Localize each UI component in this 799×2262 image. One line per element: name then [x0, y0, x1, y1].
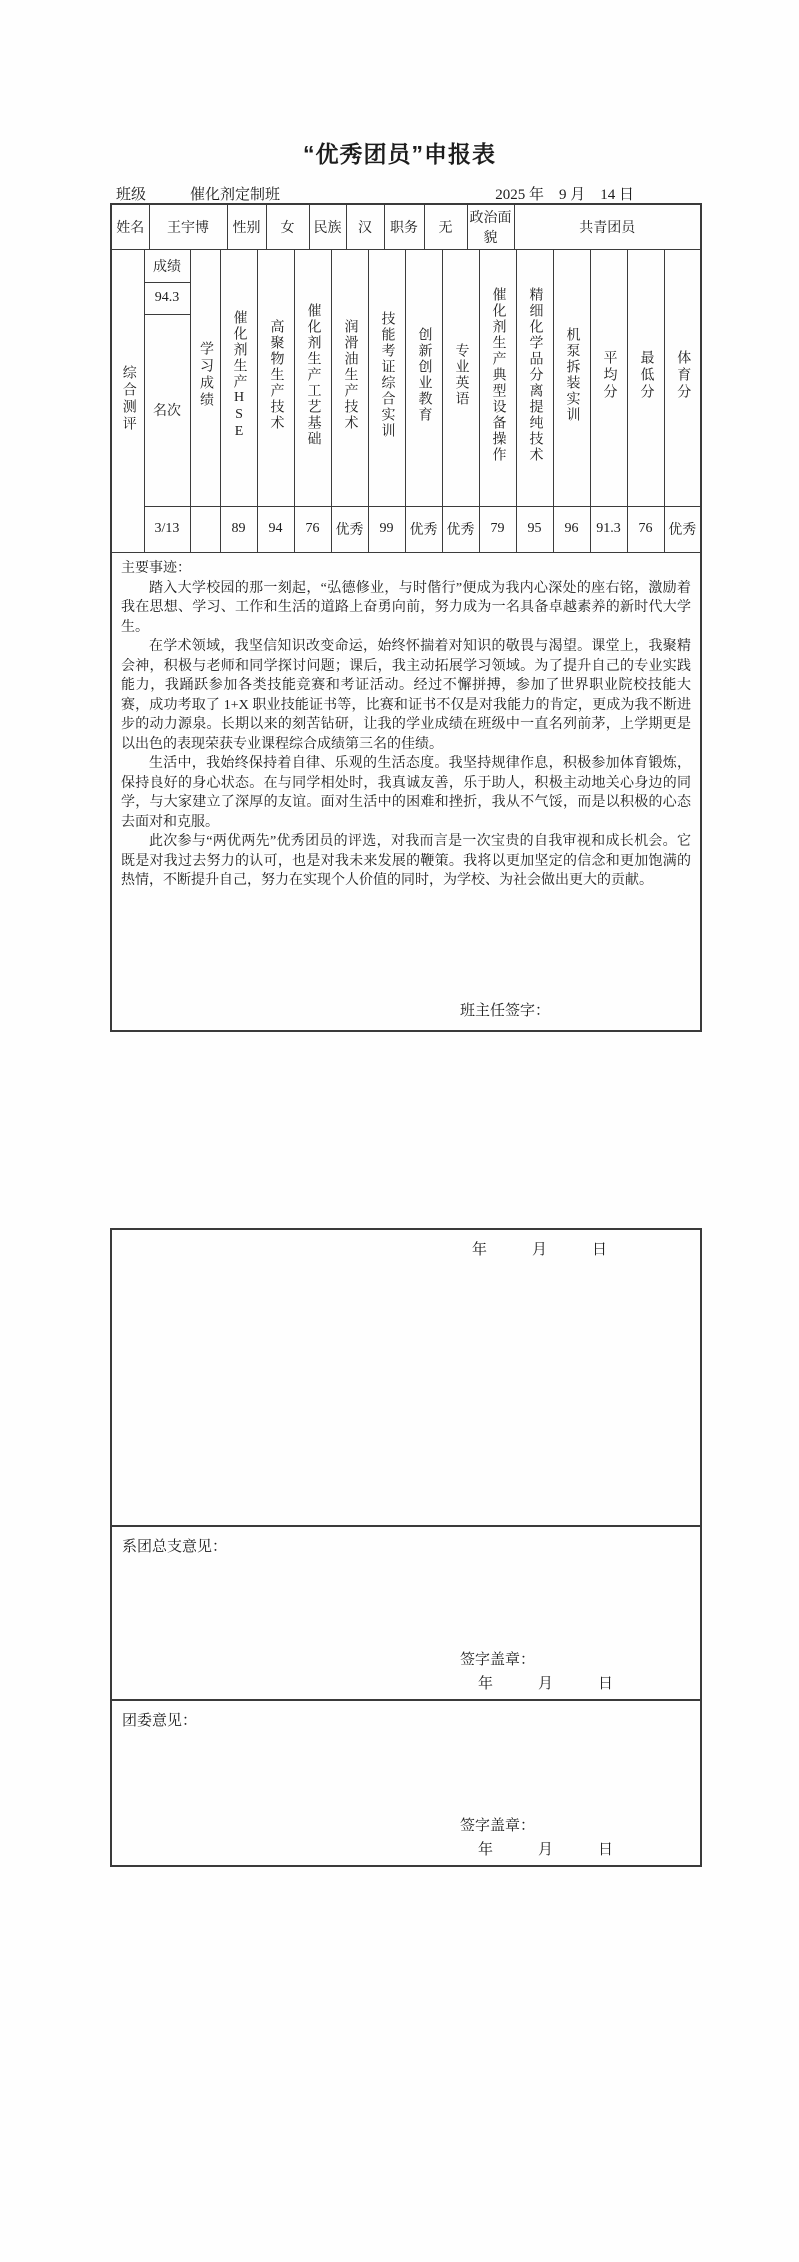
class-value: 催化剂定制班	[190, 183, 280, 204]
page-title: “优秀团员”申报表	[0, 136, 799, 169]
course-header: 专业英语	[442, 250, 479, 506]
rank-label: 名次	[144, 314, 190, 506]
study-score-empty-cell	[190, 506, 220, 552]
department-sign-block: 签字盖章： 年 月 日	[460, 1648, 613, 1693]
deeds-paragraph: 生活中，我始终保持着自律、乐观的生活态度。我坚持规律作息，积极参加体育锻炼，保持…	[121, 754, 691, 832]
sign-stamp-label: 签字盖章：	[460, 1814, 613, 1835]
course-score: 99	[368, 506, 405, 552]
rank-value: 3/13	[144, 506, 190, 552]
class-label: 班级	[110, 183, 146, 204]
course-header: 创新创业教育	[405, 250, 442, 506]
course-header: 催化剂生产工艺基础	[294, 250, 331, 506]
political-status-label: 政治面貌	[467, 205, 514, 250]
deeds-label: 主要事迹：	[121, 559, 691, 579]
evaluation-section-label: 综合测评	[112, 250, 144, 552]
gender-value: 女	[266, 205, 309, 250]
course-score: 79	[479, 506, 516, 552]
department-league-opinion-cell: 系团总支意见： 签字盖章： 年 月 日	[112, 1525, 700, 1699]
course-header: 催化剂生产典型设备操作	[479, 250, 516, 506]
course-score: 优秀	[664, 506, 700, 552]
course-score: 94	[257, 506, 294, 552]
class-date-line: 班级 催化剂定制班 2025 年 9 月 14 日	[110, 183, 700, 203]
deeds-paragraph: 此次参与“两优两先”优秀团员的评选，对我而言是一次宝贵的自我审视和成长机会。它既…	[121, 832, 691, 891]
ethnicity-label: 民族	[309, 205, 346, 250]
deeds-paragraph: 在学术领域，我坚信知识改变命运，始终怀揣着对知识的敬畏与渴望。课堂上，我聚精会神…	[121, 637, 691, 754]
course-score: 76	[627, 506, 664, 552]
course-score: 优秀	[331, 506, 368, 552]
league-committee-opinion-cell: 团委意见： 签字盖章： 年 月 日	[112, 1699, 700, 1865]
course-header: 平均分	[590, 250, 627, 506]
course-score: 优秀	[442, 506, 479, 552]
date-blank: 年 月 日	[460, 1838, 613, 1859]
teacher-opinion-date-cell: 年 月 日	[112, 1230, 700, 1525]
course-header: 催化剂生产HSE	[220, 250, 257, 506]
course-score: 89	[220, 506, 257, 552]
course-score: 76	[294, 506, 331, 552]
teacher-signature-label: 班主任签字：	[460, 1002, 550, 1022]
score-value: 94.3	[144, 282, 190, 314]
course-header: 技能考证综合实训	[368, 250, 405, 506]
form-date: 2025 年 9 月 14 日	[495, 183, 700, 204]
position-label: 职务	[384, 205, 424, 250]
political-status-value: 共青团员	[514, 205, 700, 250]
course-header: 高聚物生产技术	[257, 250, 294, 506]
course-score: 优秀	[405, 506, 442, 552]
course-header: 体育分	[664, 250, 700, 506]
name-value: 王宇博	[149, 205, 227, 250]
course-header: 润滑油生产技术	[331, 250, 368, 506]
basic-info-row: 姓名 王宇博 性别 女 民族 汉 职务 无 政治面貌 共青团员	[112, 205, 700, 250]
course-header: 机泵拆装实训	[553, 250, 590, 506]
course-score: 95	[516, 506, 553, 552]
date-blank: 年 月 日	[460, 1672, 613, 1693]
course-score: 96	[553, 506, 590, 552]
position-value: 无	[424, 205, 467, 250]
committee-sign-block: 签字盖章： 年 月 日	[460, 1814, 613, 1859]
course-score: 91.3	[590, 506, 627, 552]
gender-label: 性别	[227, 205, 266, 250]
sign-stamp-label: 签字盖章：	[460, 1648, 613, 1669]
ethnicity-value: 汉	[346, 205, 384, 250]
course-header: 精细化学品分离提纯技术	[516, 250, 553, 506]
score-label: 成绩	[144, 250, 190, 282]
course-header: 最低分	[627, 250, 664, 506]
main-deeds-section: 主要事迹： 踏入大学校园的那一刻起，“弘德修业，与时偕行”便成为我内心深处的座右…	[112, 552, 700, 1030]
committee-opinion-label: 团委意见：	[122, 1709, 197, 1730]
date-blank: 年 月 日	[472, 1238, 607, 1259]
deeds-paragraph: 踏入大学校园的那一刻起，“弘德修业，与时偕行”便成为我内心深处的座右铭，激励着我…	[121, 579, 691, 638]
study-score-label: 学习成绩	[190, 250, 220, 506]
name-label: 姓名	[112, 205, 149, 250]
evaluation-table: 综合测评 成绩 学习成绩 催化剂生产HSE 高聚物生产技术 催化剂生产工艺基础 …	[112, 250, 700, 552]
department-opinion-label: 系团总支意见：	[122, 1535, 227, 1556]
main-form-table: 姓名 王宇博 性别 女 民族 汉 职务 无 政治面貌 共青团员 综合测评	[110, 203, 702, 1032]
application-form-page: “优秀团员”申报表 班级 催化剂定制班 2025 年 9 月 14 日 姓名 王…	[0, 0, 799, 2262]
approval-table: 年 月 日 系团总支意见： 签字盖章： 年 月 日 团委意见： 签字盖章： 年 …	[110, 1228, 702, 1867]
